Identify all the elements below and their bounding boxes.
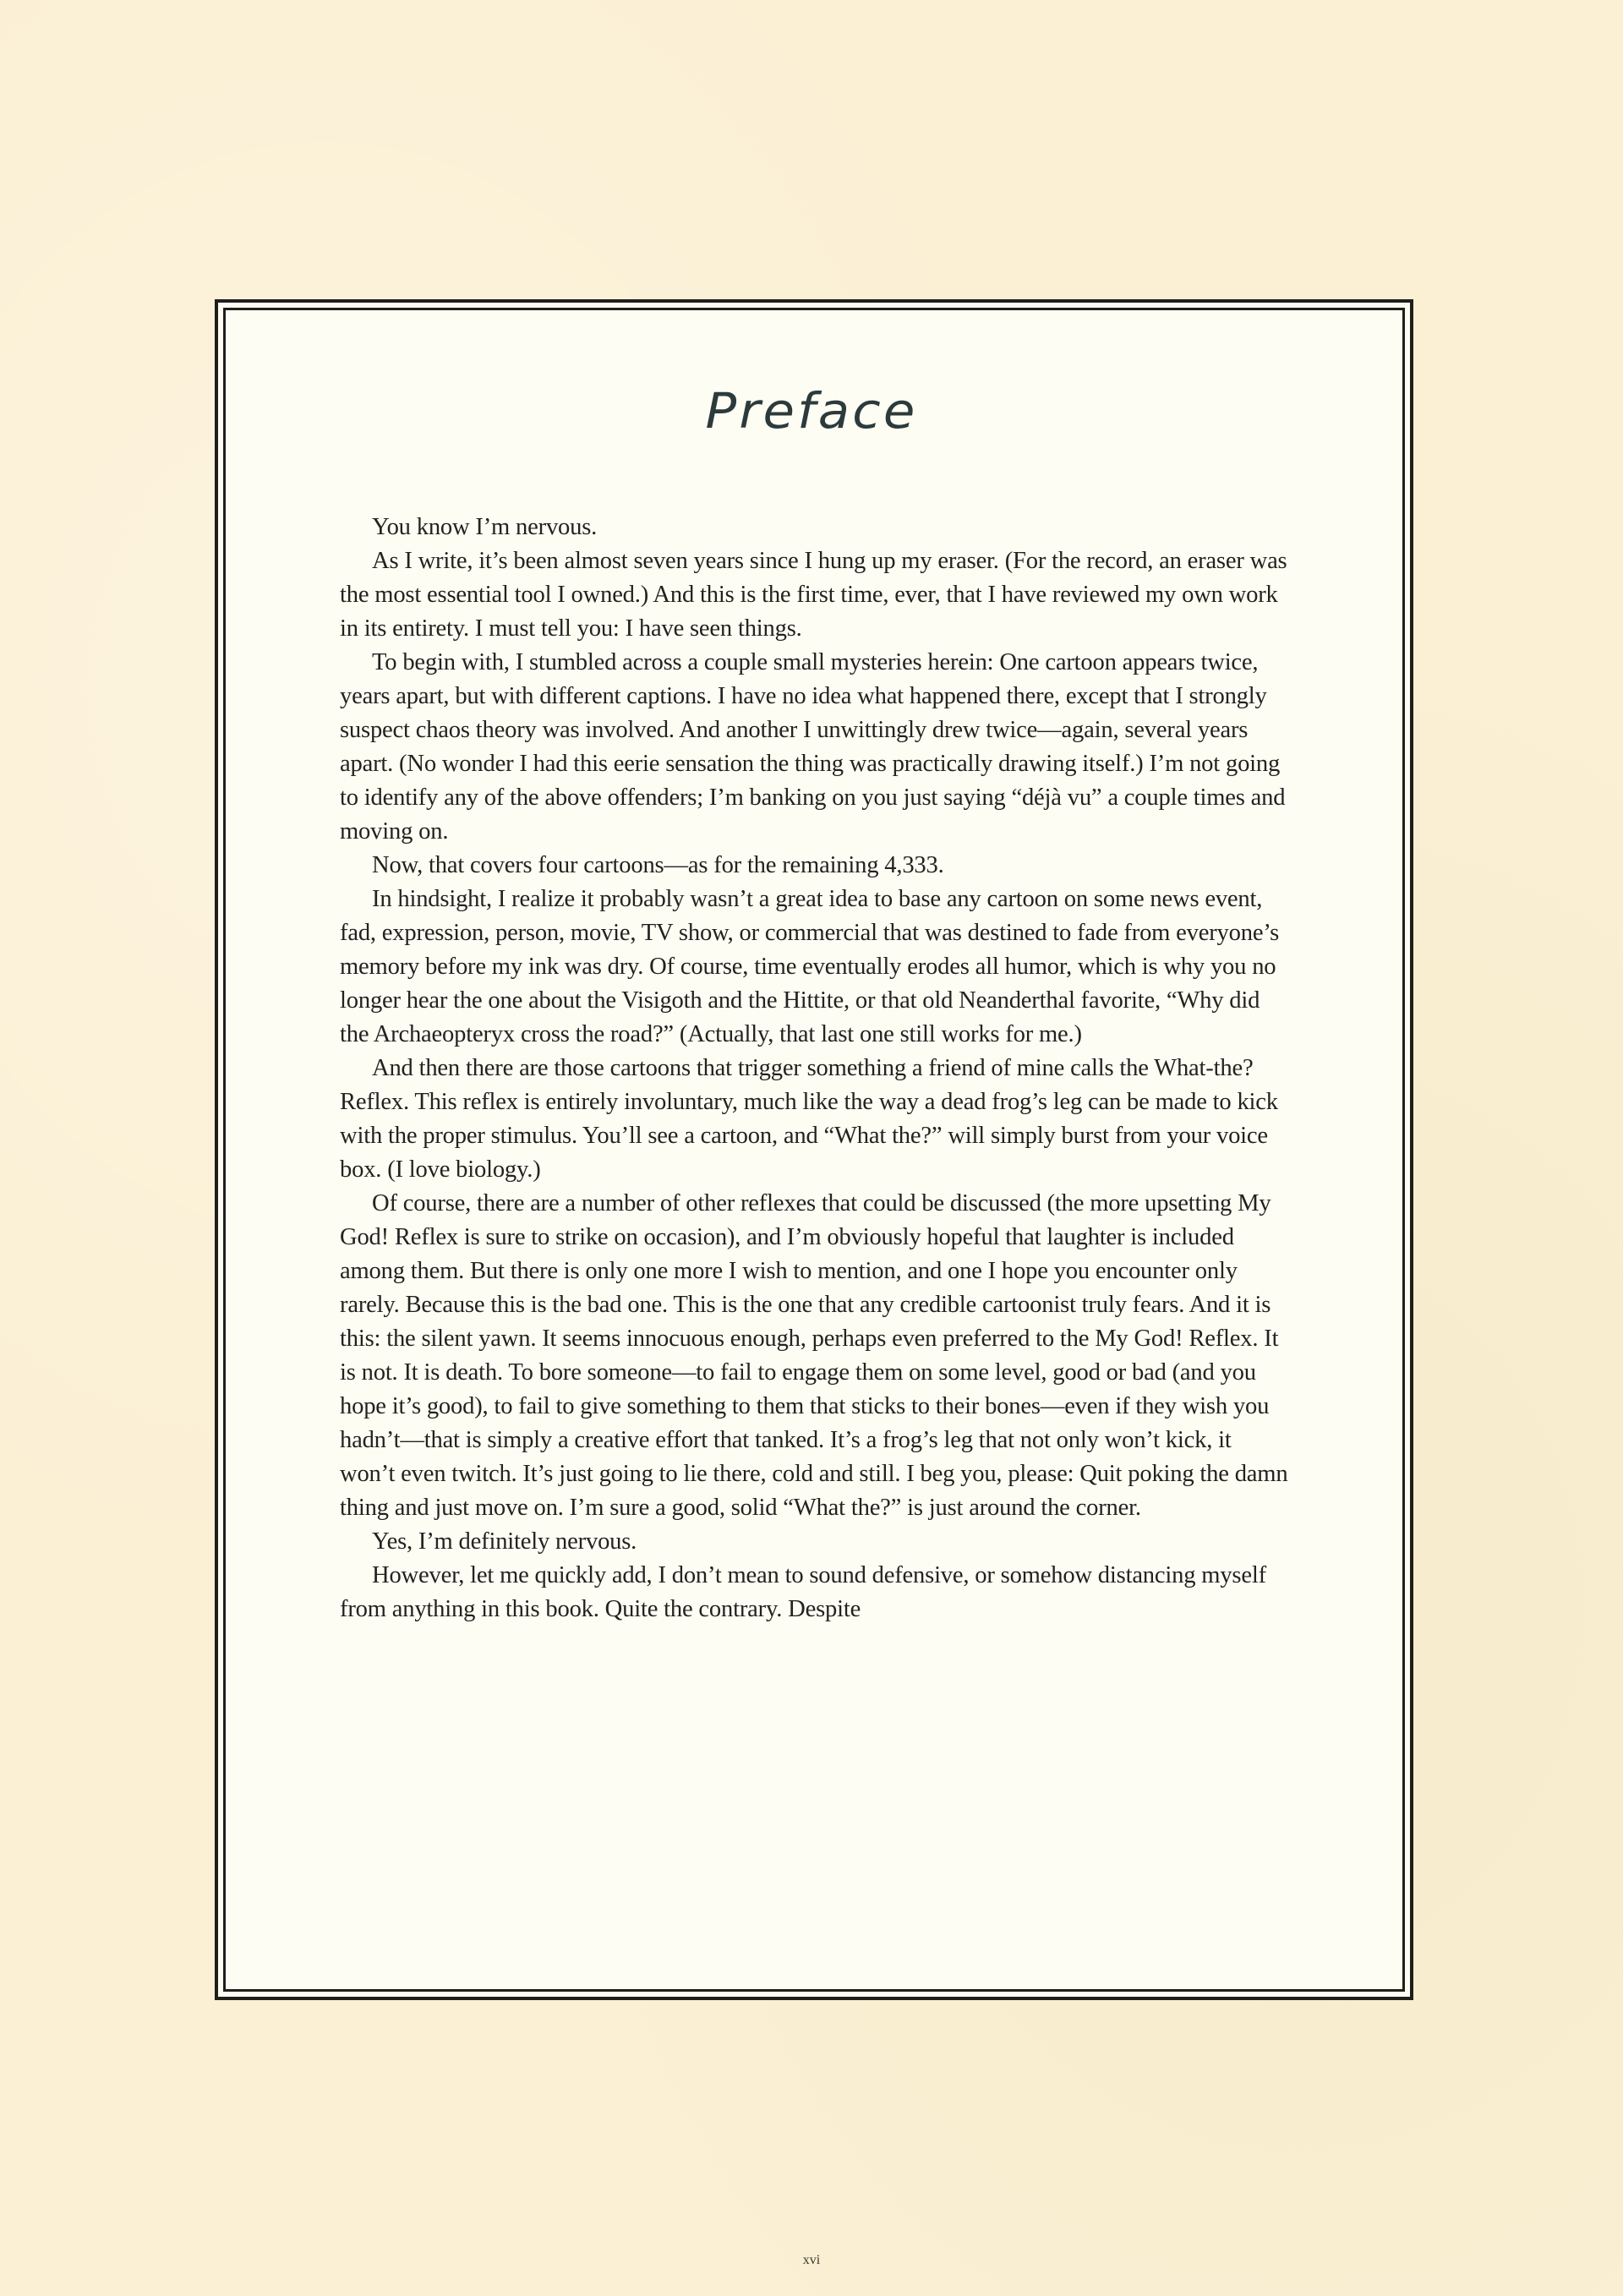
- page-title: Preface: [0, 382, 1623, 440]
- paragraph: And then there are those cartoons that t…: [340, 1052, 1290, 1187]
- paragraph: To begin with, I stumbled across a coupl…: [340, 646, 1290, 849]
- paragraph: In hindsight, I realize it probably wasn…: [340, 883, 1290, 1052]
- paragraph: However, let me quickly add, I don’t mea…: [340, 1559, 1290, 1626]
- page-number: xvi: [0, 2253, 1623, 2268]
- paragraph: Now, that covers four cartoons—as for th…: [340, 849, 1290, 883]
- paragraph: Of course, there are a number of other r…: [340, 1187, 1290, 1525]
- paragraph: As I write, it’s been almost seven years…: [340, 544, 1290, 646]
- paragraph: Yes, I’m definitely nervous.: [340, 1525, 1290, 1559]
- preface-body: You know I’m nervous. As I write, it’s b…: [340, 511, 1290, 1626]
- paragraph: You know I’m nervous.: [340, 511, 1290, 544]
